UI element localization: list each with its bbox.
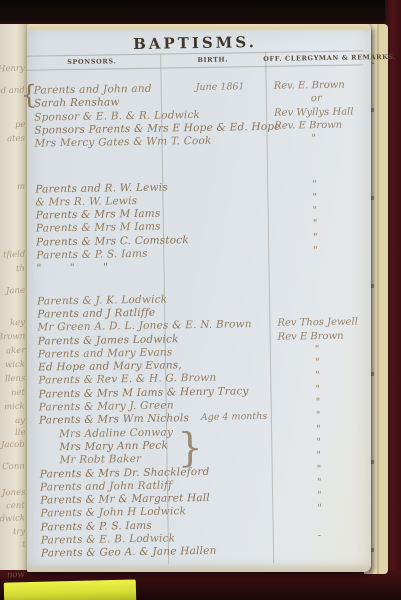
clergyman-entry: " — [315, 371, 320, 382]
clergyman-entry: Rev E Brown — [278, 330, 344, 342]
clergyman-entry: " — [313, 232, 318, 243]
clergyman-entry: " — [316, 410, 321, 421]
facing-page-text-fragment: cent — [6, 501, 25, 512]
facing-page-text-fragment: tfield — [3, 250, 26, 261]
sponsor-entry: Sarah Renshaw — [34, 97, 120, 110]
sponsor-entry: Parents & James Lodwick — [38, 333, 179, 347]
sponsor-entry: Parents & John H Lodwick — [40, 506, 186, 520]
clergyman-entry: Rev Wyllys Hall — [274, 106, 354, 118]
sponsor-entry: Parents and R. W. Lewis — [35, 181, 168, 195]
sponsor-entry: " " " — [36, 262, 108, 275]
clergyman-entry: " — [317, 503, 322, 514]
sponsor-entry: Parents and John Ratliff — [40, 479, 172, 493]
facing-page-text-fragment: key — [10, 318, 25, 329]
facing-page-text-fragment: th — [16, 264, 25, 274]
sponsor-entry: Parents & Mary J. Green — [39, 399, 174, 413]
sponsor-entry: Ed Hope and Mary Evans, — [38, 359, 182, 373]
sponsor-entry: Sponsor & E. B. & R. Lodwick — [34, 109, 200, 124]
clergyman-entry: " — [315, 344, 320, 355]
sponsor-entry: Parents & Mrs Wm Nichols — [39, 412, 189, 426]
sponsor-entry: Parents & Mrs M Iams — [36, 221, 161, 235]
sponsor-entry: Mrs Adaline Conway — [59, 426, 173, 440]
facing-page-text-fragment: now — [7, 570, 25, 581]
sponsor-entry: Parents & Geo A. & Jane Hallen — [41, 545, 217, 560]
clergyman-entry: " — [316, 397, 321, 408]
facing-page-text-fragment: Jacob — [1, 440, 25, 451]
page-content: BAPTISMS. SPONSORS. BIRTH. OFF. CLERGYMA… — [23, 21, 376, 574]
register-page: BAPTISMS. SPONSORS. BIRTH. OFF. CLERGYMA… — [27, 24, 371, 572]
sponsor-entry: Parents & Mrs C. Comstock — [36, 234, 189, 248]
clergyman-entry: Rev. E Brown — [274, 120, 342, 132]
facing-page-text-fragment: wick — [5, 360, 25, 371]
facing-page-text-fragment: Jones — [1, 488, 25, 499]
facing-page-text-fragment: llens — [5, 374, 26, 385]
facing-page-text-fragment: aker — [6, 346, 26, 357]
sponsor-entry: Mrs Mary Ann Peck — [59, 439, 168, 453]
birth-entry: Age 4 months — [201, 411, 267, 423]
sponsor-entry: Mr Robt Baker — [59, 453, 141, 466]
clergyman-entry: " — [313, 205, 318, 216]
clergyman-entry: " — [316, 437, 321, 448]
sponsor-entry: Parents & E. B. Lodwick — [41, 532, 176, 546]
clergyman-entry: " — [317, 490, 322, 501]
clergyman-entry: " — [312, 179, 317, 190]
clergyman-entry: " — [317, 464, 322, 475]
facing-page-text-fragment: Henry — [0, 64, 25, 75]
facing-page-text-fragment: ne Conn — [0, 461, 25, 472]
sponsor-entry: Parents & P. S. Iams — [36, 248, 148, 262]
facing-page-text-fragment: try — [13, 527, 26, 537]
facing-page-text-fragment: mick — [4, 402, 25, 413]
sponsor-entry: & Mrs R. W. Lewis — [35, 195, 137, 209]
sponsor-entry: Parents and John and — [34, 83, 152, 97]
facing-page-text-fragment: ay — [15, 416, 25, 426]
facing-page-text-fragment: Jane — [6, 286, 25, 297]
clergyman-entry: " — [316, 424, 321, 435]
facing-page-text-fragment: m — [17, 182, 25, 192]
facing-page-text-fragment: t — [21, 540, 25, 550]
yellow-strip — [4, 579, 136, 600]
facing-page-text-fragment: ates — [7, 134, 25, 145]
sponsor-entry: Parents and Mary Evans — [38, 346, 173, 360]
sponsor-entry: Parents & Mr & Margaret Hall — [40, 492, 210, 507]
clergyman-entry: or — [311, 93, 322, 104]
sponsor-entry: Parents & P. S. Iams — [40, 519, 152, 533]
sponsor-entry: Parents & Mrs Dr. Shackleford — [40, 465, 210, 480]
sponsor-entry: Parents & Mrs M Iams — [36, 208, 161, 222]
register-photo: HenryLed andpeatesmtfieldthJanekeyBrowna… — [0, 0, 401, 600]
sponsor-entry: Parents & Rev E. & H. G. Brown — [38, 372, 216, 387]
sponsor-entry: Parents & J. K. Lodwick — [37, 293, 167, 307]
sponsor-entry: Parents and J Ratliffe — [37, 307, 155, 321]
facing-page-text-fragment: Ledwick — [0, 513, 25, 524]
birth-entry: June 1861 — [196, 81, 245, 93]
clergyman-entry: Rev. E. Brown — [274, 80, 345, 92]
clergyman-entry: Rev Thos Jewell — [277, 317, 358, 329]
clergyman-entry: " — [317, 477, 322, 488]
facing-page-text-fragment: net — [11, 388, 25, 398]
clergyman-entry: " — [311, 133, 316, 144]
sponsor-entry: Mrs Mercy Gates & Wm T. Cook — [34, 135, 211, 150]
entries: {Parents and John andJune 1861Rev. E. Br… — [23, 21, 376, 574]
clergyman-entry: - — [318, 530, 322, 541]
clergyman-entry: " — [315, 384, 320, 395]
clergyman-entry: " — [316, 450, 321, 461]
clergyman-entry: " — [315, 357, 320, 368]
facing-page-text-fragment: Brown — [0, 332, 25, 343]
facing-page-text-fragment: lle — [14, 428, 25, 438]
clergyman-entry: " — [312, 192, 317, 203]
clergyman-entry: " — [313, 245, 318, 256]
clergyman-entry: " — [313, 219, 318, 230]
